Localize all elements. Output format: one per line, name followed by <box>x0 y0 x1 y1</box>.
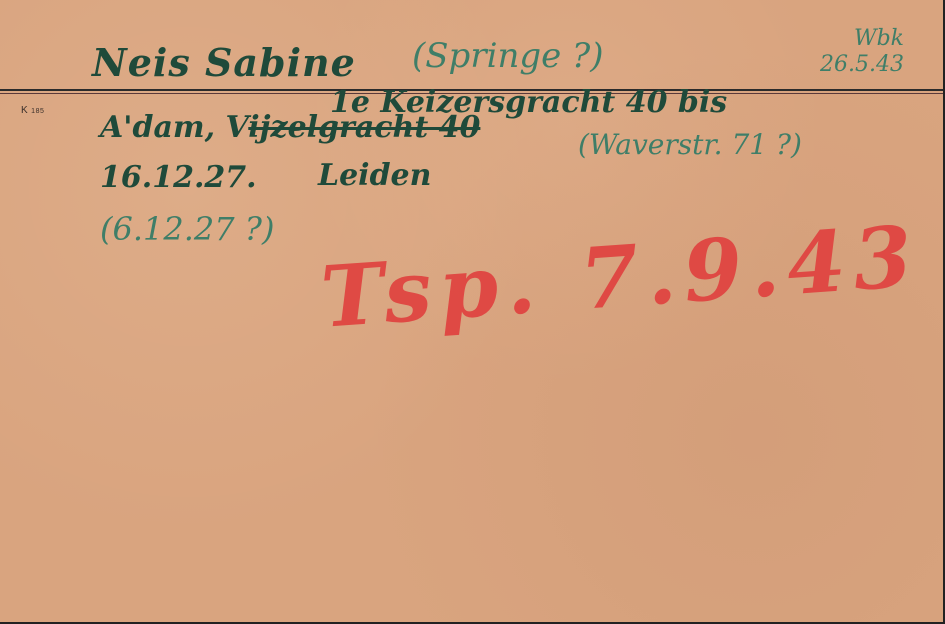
person-name: Neis Sabine <box>92 40 356 85</box>
address-replacement: 1e Keizersgracht 40 bis <box>330 85 727 120</box>
birth-place: Leiden <box>318 158 431 193</box>
top-right-annotation: Wbk 26.5.43 <box>820 26 904 78</box>
card-code-number: 185 <box>31 108 44 115</box>
address-alternate: (Waverstr. 71 ?) <box>578 128 802 161</box>
printed-card-code: K185 <box>21 105 44 116</box>
top-right-date: 26.5.43 <box>820 52 904 78</box>
index-card: K185 Neis Sabine (Springe ?) Wbk 26.5.43… <box>0 0 945 624</box>
top-right-note: Wbk <box>820 26 904 52</box>
address-street-prefix: V <box>226 110 249 145</box>
address-city: A'dam, <box>100 110 215 145</box>
birth-date-alternate: (6.12.27 ?) <box>100 210 274 248</box>
card-code-letter: K <box>21 105 28 116</box>
person-name-alternate: (Springe ?) <box>412 36 604 76</box>
red-pencil-annotation: Tsp. 7.9.43 <box>318 206 923 347</box>
birth-date: 16.12.27. <box>100 160 257 195</box>
